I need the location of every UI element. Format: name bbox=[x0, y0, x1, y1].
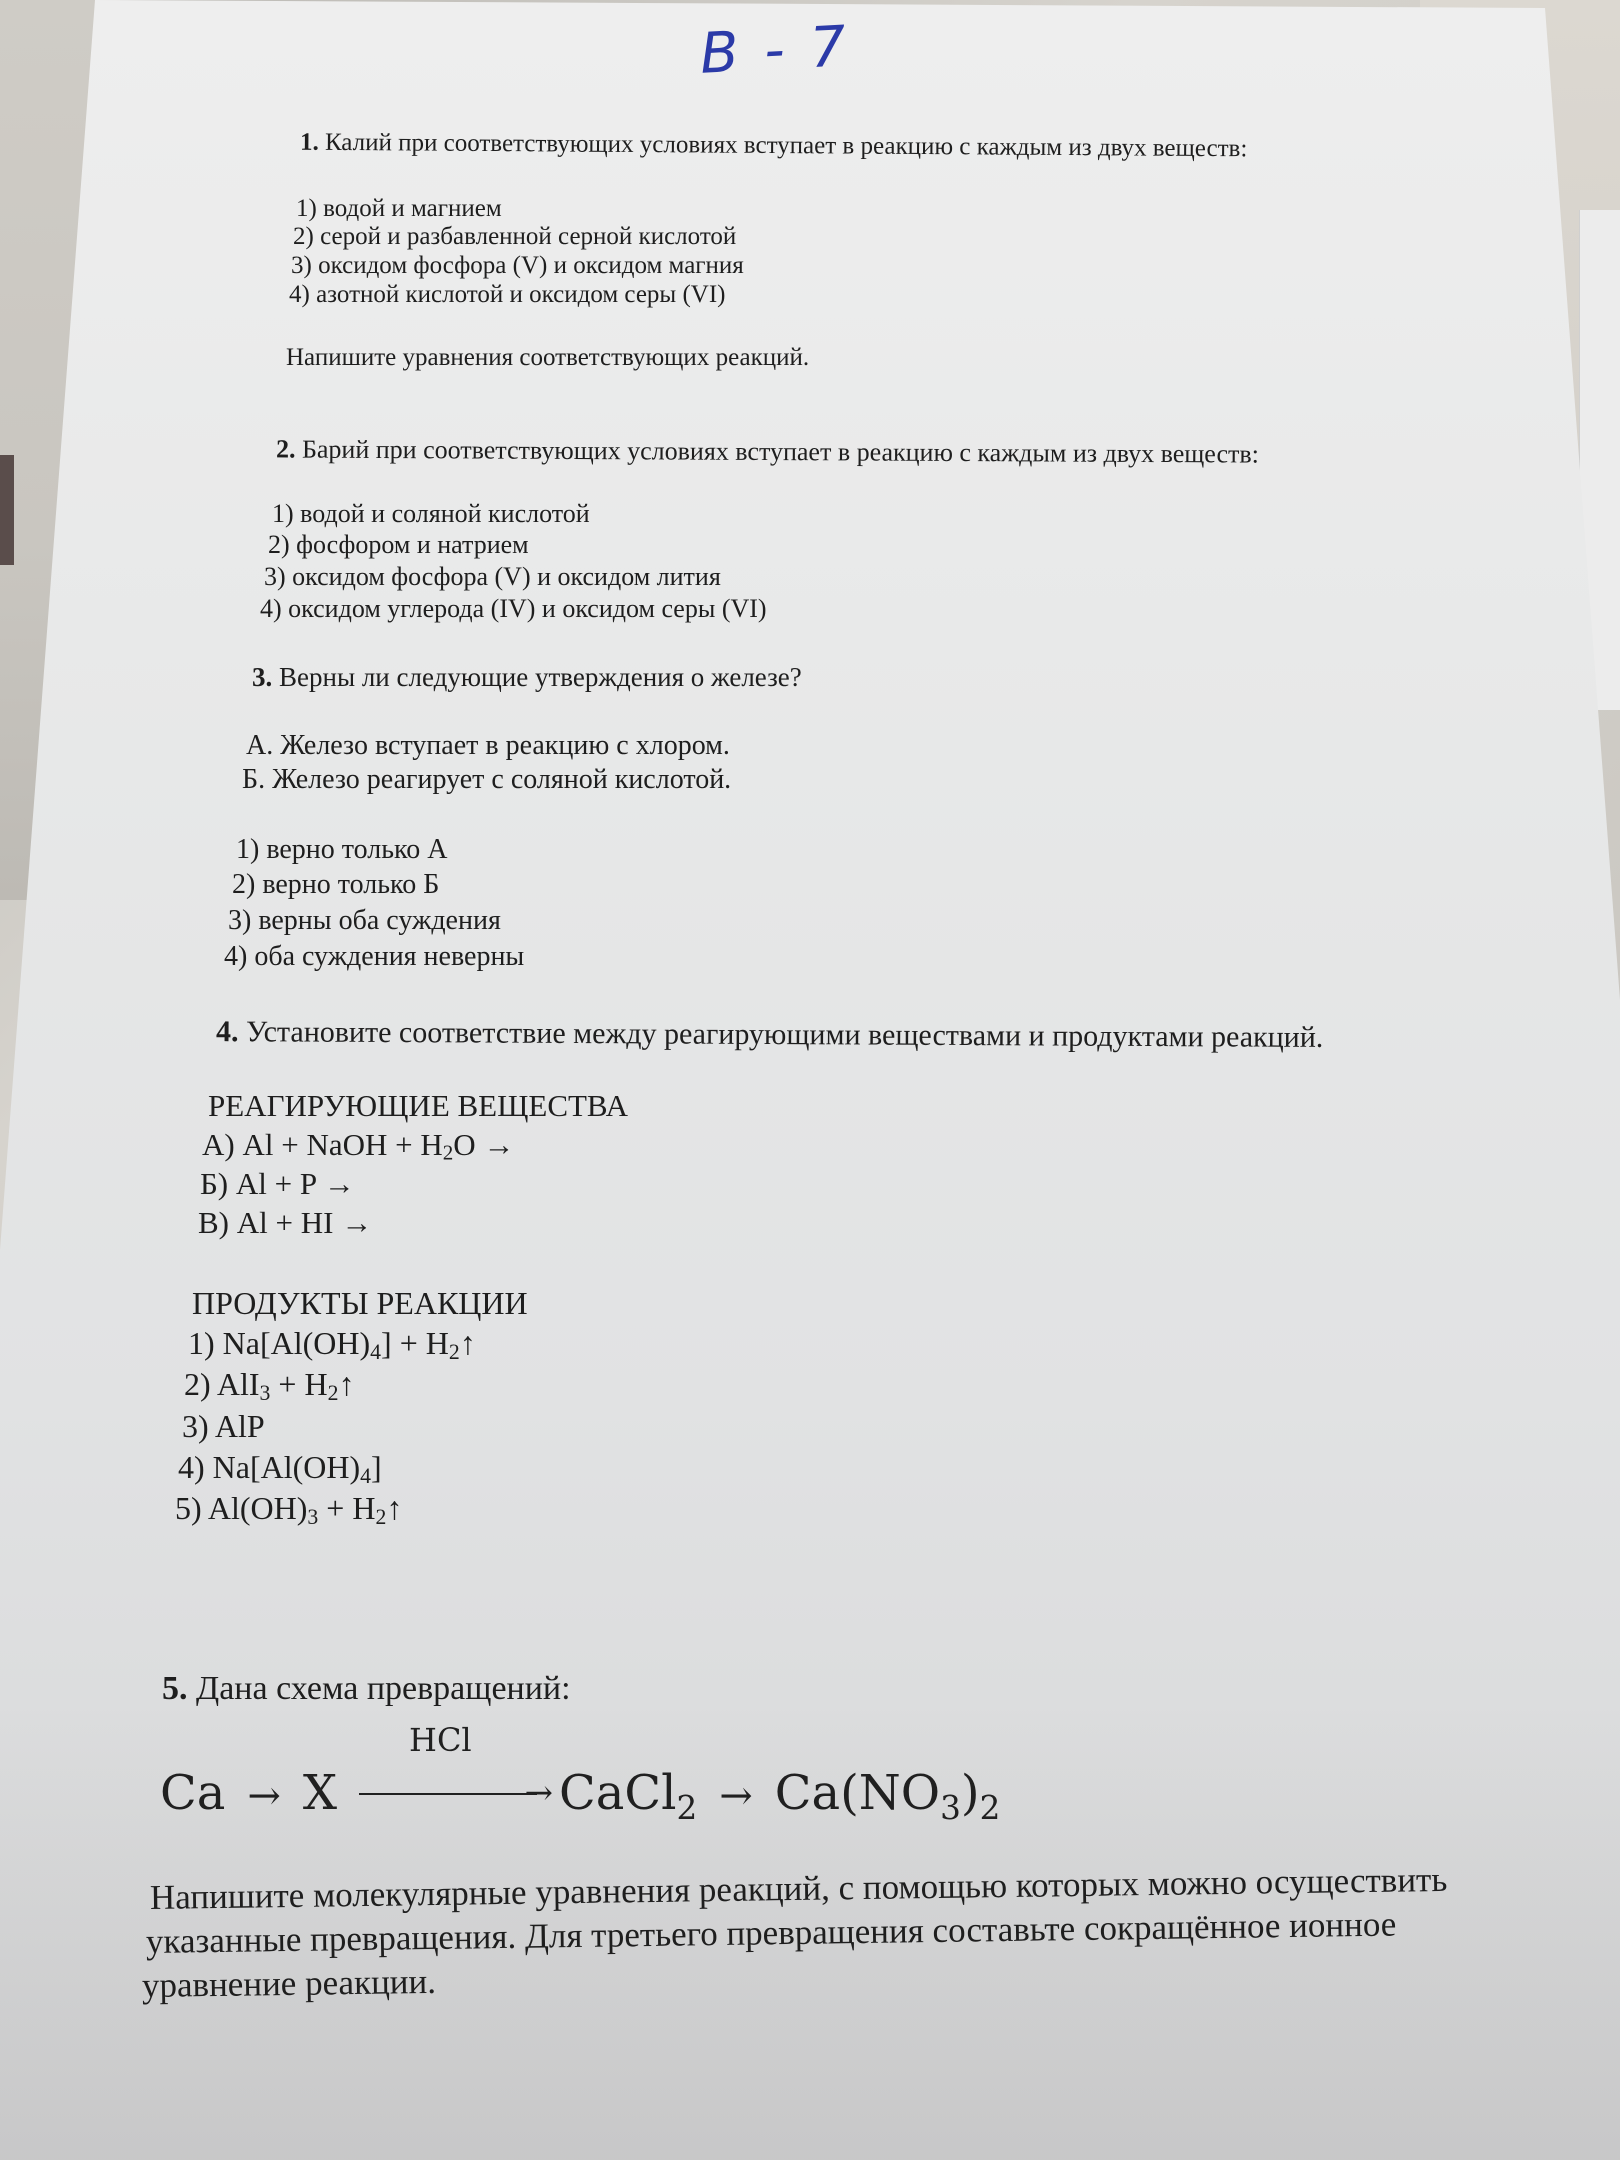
formula-part: ↑ bbox=[338, 1366, 354, 1402]
product-label: 2) bbox=[184, 1366, 211, 1402]
product-5: 5) Al(OH)3 + H2↑ bbox=[175, 1490, 402, 1530]
scheme-intermediate: X bbox=[303, 1765, 337, 1821]
question-3-title: 3. Верны ли следующие утверждения о желе… bbox=[252, 662, 802, 693]
formula-part: Al + HI → bbox=[237, 1205, 372, 1240]
q3-option-3: 3) верны оба суждения bbox=[228, 905, 501, 937]
q2-option-2: 2) фосфором и натрием bbox=[268, 530, 529, 560]
formula-part: ] + H bbox=[381, 1325, 449, 1361]
q1-option-3: 3) оксидом фосфора (V) и оксидом магния bbox=[291, 252, 744, 280]
scheme-product-1: CaCl2 bbox=[559, 1765, 697, 1827]
product-label: 4) bbox=[178, 1449, 205, 1485]
question-text: Дана схема превращений: bbox=[196, 1670, 571, 1707]
formula-part: + H bbox=[318, 1490, 375, 1526]
question-number: 3. bbox=[252, 662, 272, 692]
formula-part: Na[Al(OH) bbox=[223, 1325, 371, 1361]
q2-option-1: 1) водой и соляной кислотой bbox=[272, 499, 590, 529]
question-number: 4. bbox=[216, 1015, 239, 1048]
reactant-b: Б) Al + P → bbox=[200, 1166, 355, 1202]
question-number: 2. bbox=[276, 434, 296, 463]
product-label: 3) bbox=[182, 1408, 209, 1444]
arrow-icon: → bbox=[247, 1773, 281, 1819]
reactant-a: А) Al + NaOH + H2O → bbox=[202, 1127, 514, 1166]
formula-part: Al + NaOH + H bbox=[242, 1127, 442, 1162]
formula-part: CaCl bbox=[559, 1765, 676, 1821]
formula-subscript: 3 bbox=[940, 1789, 961, 1827]
formula-subscript: 2 bbox=[676, 1789, 697, 1827]
transformation-scheme: Ca → X HCl → CaCl2 → Ca(NO3)2 bbox=[160, 1765, 1000, 1827]
formula-part: + H bbox=[270, 1366, 327, 1402]
reactant-label: В) bbox=[198, 1205, 229, 1240]
question-text: Верны ли следующие утверждения о железе? bbox=[279, 662, 802, 692]
q1-option-1: 1) водой и магнием bbox=[296, 195, 502, 223]
q2-option-3: 3) оксидом фосфора (V) и оксидом лития bbox=[264, 562, 721, 592]
arrow-icon: → bbox=[719, 1773, 753, 1819]
q3-option-2: 2) верно только Б bbox=[232, 869, 439, 901]
q3-option-4: 4) оба суждения неверны bbox=[224, 941, 524, 973]
q3-option-1: 1) верно только А bbox=[236, 834, 447, 866]
q5-instruction-line-3: уравнение реакции. bbox=[142, 1962, 437, 2006]
worksheet-content: В - 7 1. Калий при соответствующих услов… bbox=[0, 0, 1620, 2160]
formula-subscript: 4 bbox=[360, 1464, 371, 1488]
question-4-title: 4. Установите соответствие между реагиру… bbox=[216, 1015, 1324, 1055]
question-5-title: 5. Дана схема превращений: bbox=[162, 1670, 571, 1708]
arrow-icon: → bbox=[525, 1776, 554, 1810]
question-text: Установите соответствие между реагирующи… bbox=[246, 1015, 1324, 1054]
formula-subscript: 2 bbox=[443, 1141, 454, 1165]
formula-part: O → bbox=[453, 1127, 514, 1162]
product-4: 4) Na[Al(OH)4] bbox=[178, 1449, 382, 1489]
formula-subscript: 2 bbox=[449, 1340, 460, 1364]
formula-part: ↑ bbox=[386, 1490, 402, 1526]
formula-subscript: 2 bbox=[375, 1505, 386, 1529]
reactant-label: А) bbox=[202, 1127, 235, 1162]
q1-option-2: 2) серой и разбавленной серной кислотой bbox=[293, 223, 736, 251]
formula-part: AlP bbox=[215, 1408, 265, 1444]
formula-part: Ca(NO bbox=[775, 1765, 940, 1821]
scheme-start: Ca bbox=[160, 1765, 225, 1821]
question-text: Калий при соответствующих условиях вступ… bbox=[325, 129, 1247, 162]
formula-subscript: 3 bbox=[260, 1381, 271, 1405]
reactants-header: РЕАГИРУЮЩИЕ ВЕЩЕСТВА bbox=[208, 1088, 628, 1124]
q3-statement-b: Б. Железо реагирует с соляной кислотой. bbox=[242, 764, 731, 796]
formula-part: Na[Al(OH) bbox=[213, 1449, 361, 1485]
formula-part: ] bbox=[371, 1449, 382, 1485]
product-label: 1) bbox=[188, 1325, 215, 1361]
scheme-product-2: Ca(NO3)2 bbox=[775, 1765, 1001, 1827]
formula-subscript: 2 bbox=[328, 1381, 339, 1405]
formula-part: ) bbox=[961, 1765, 980, 1821]
formula-subscript: 3 bbox=[307, 1505, 318, 1529]
formula-part: Al + P → bbox=[236, 1166, 355, 1201]
product-2: 2) AlI3 + H2↑ bbox=[184, 1366, 354, 1406]
formula-subscript: 2 bbox=[980, 1789, 1001, 1827]
formula-part: AlI bbox=[217, 1366, 260, 1402]
reagent-arrow: HCl → bbox=[359, 1769, 549, 1809]
q1-instruction: Напишите уравнения соответствующих реакц… bbox=[286, 344, 809, 372]
scheme-reagent: HCl bbox=[409, 1721, 472, 1759]
reactant-label: Б) bbox=[200, 1166, 228, 1201]
variant-label: В - 7 bbox=[698, 14, 851, 87]
product-1: 1) Na[Al(OH)4] + H2↑ bbox=[188, 1325, 476, 1365]
product-3: 3) AlP bbox=[182, 1408, 265, 1445]
q1-option-4: 4) азотной кислотой и оксидом серы (VI) bbox=[289, 281, 726, 309]
formula-part: ↑ bbox=[460, 1325, 476, 1361]
q3-statement-a: А. Железо вступает в реакцию с хлором. bbox=[246, 730, 730, 762]
question-number: 1. bbox=[300, 129, 319, 156]
products-header: ПРОДУКТЫ РЕАКЦИИ bbox=[192, 1285, 528, 1322]
question-2-title: 2. Барий при соответствующих условиях вс… bbox=[276, 434, 1259, 469]
arrow-shaft bbox=[359, 1793, 537, 1795]
q2-option-4: 4) оксидом углерода (IV) и оксидом серы … bbox=[260, 594, 767, 624]
question-text: Барий при соответствующих условиях вступ… bbox=[302, 435, 1259, 469]
question-number: 5. bbox=[162, 1670, 188, 1707]
product-label: 5) bbox=[175, 1490, 202, 1526]
question-1-title: 1. Калий при соответствующих условиях вс… bbox=[300, 129, 1248, 164]
formula-part: Al(OH) bbox=[208, 1490, 308, 1526]
formula-subscript: 4 bbox=[370, 1340, 381, 1364]
reactant-c: В) Al + HI → bbox=[198, 1205, 372, 1241]
